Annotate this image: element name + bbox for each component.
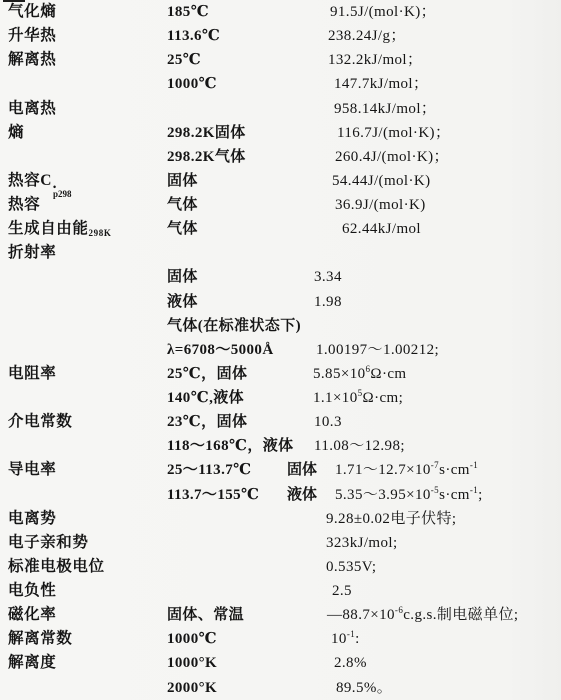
value-text: 5.85×106Ω·cm	[313, 362, 407, 386]
property-label: 导电率	[8, 458, 56, 482]
property-label: 热容	[8, 193, 40, 217]
table-row: 2000°K89.5%。	[0, 676, 561, 700]
value-text: 958.14kJ/mol；	[334, 97, 436, 121]
table-row: 1000℃147.7kJ/mol；	[0, 72, 561, 96]
value-text: 1.00197～1.00212;	[316, 338, 439, 362]
condition-label: 固体	[167, 265, 198, 289]
table-row: 298.2K气体260.4J/(mol·K)；	[0, 145, 561, 169]
value-text: 1.98	[314, 290, 342, 314]
table-row: 标准电极电位0.535V;	[0, 555, 561, 579]
table-row: 电离势9.28±0.02电子伏特;	[0, 507, 561, 531]
property-label: 解离常数	[8, 627, 72, 651]
value-text: 132.2kJ/mol；	[328, 48, 422, 72]
value-text: 9.28±0.02电子伏特;	[326, 507, 457, 531]
condition-label: 液体	[167, 290, 198, 314]
property-label: 气化熵	[8, 0, 56, 24]
property-label: 折射率	[8, 241, 56, 265]
table-row: 固体3.34	[0, 265, 561, 289]
value-text: 62.44kJ/mol	[342, 217, 421, 241]
property-label: 电离势	[8, 507, 56, 531]
property-label: 生成自由能298K	[8, 217, 111, 241]
property-label: 解离热	[8, 48, 56, 72]
condition-label: 气体	[167, 217, 198, 241]
value-text: 10.3	[314, 410, 342, 434]
condition-label: 185℃	[167, 0, 209, 24]
property-label: 解离度	[8, 651, 56, 675]
value-text: 10-1:	[331, 627, 360, 651]
table-row: 介电常数23℃，固体10.3	[0, 410, 561, 434]
value-text: 2.8%	[334, 651, 367, 675]
value-text: 36.9J/(mol·K)	[335, 193, 426, 217]
value-text: 260.4J/(mol·K)；	[335, 145, 449, 169]
table-row: 解离度1000°K2.8%	[0, 651, 561, 675]
condition-label: 固体	[167, 169, 198, 193]
table-row: 气体(在标准状态下)	[0, 314, 561, 338]
value-text: 2.5	[332, 579, 352, 603]
condition-label: 118～168℃，液体	[167, 434, 294, 458]
condition-label: 113.6℃	[167, 24, 220, 48]
properties-table: 气化熵185℃91.5J/(mol·K)；升华热113.6℃238.24J/g；…	[0, 0, 561, 700]
property-label: 熵	[8, 121, 24, 145]
value-text: 3.34	[314, 265, 342, 289]
table-row: 113.7～155℃液体5.35～3.95×10-5s·cm-1;	[0, 483, 561, 507]
property-label: 标准电极电位	[8, 555, 105, 579]
table-row: 解离常数1000℃10-1:	[0, 627, 561, 651]
condition-label: λ=6708～5000Å	[167, 338, 274, 362]
value-text: 323kJ/mol;	[326, 531, 398, 555]
value-text: 0.535V;	[326, 555, 376, 579]
table-row: 液体1.98	[0, 290, 561, 314]
value-text: 1.71～12.7×10-7s·cm-1	[335, 458, 478, 482]
table-row: 118～168℃，液体11.08～12.98;	[0, 434, 561, 458]
condition-label: 1000℃	[167, 72, 217, 96]
value-text: —88.7×10-6c.g.s.制电磁单位;	[327, 603, 518, 627]
condition-label: 25℃	[167, 48, 201, 72]
table-row: 折射率	[0, 241, 561, 265]
condition-label: 23℃，固体	[167, 410, 247, 434]
value-text: 116.7J/(mol·K)；	[337, 121, 450, 145]
table-row: λ=6708～5000Å1.00197～1.00212;	[0, 338, 561, 362]
property-label: 电子亲和势	[8, 531, 89, 555]
table-row: 解离热25℃132.2kJ/mol；	[0, 48, 561, 72]
table-row: 电子亲和势323kJ/mol;	[0, 531, 561, 555]
table-row: 热容气体36.9J/(mol·K)	[0, 193, 561, 217]
value-text: 1.1×105Ω·cm;	[313, 386, 403, 410]
value-text: 54.44J/(mol·K)	[332, 169, 431, 193]
value-text: 89.5%。	[336, 676, 392, 700]
property-label: 介电常数	[8, 410, 72, 434]
value-text: 11.08～12.98;	[314, 434, 405, 458]
condition-label: 固体、常温	[167, 603, 244, 627]
condition-label: 140℃,液体	[167, 386, 244, 410]
table-row: 电负性2.5	[0, 579, 561, 603]
table-row: 气化熵185℃91.5J/(mol·K)；	[0, 0, 561, 24]
condition-label: 298.2K气体	[167, 145, 246, 169]
value-text: 147.7kJ/mol；	[334, 72, 428, 96]
table-row: 熵298.2K固体116.7J/(mol·K)；	[0, 121, 561, 145]
value-text: 5.35～3.95×10-5s·cm-1;	[335, 483, 483, 507]
condition-label: 2000°K	[167, 676, 217, 700]
condition-label: 113.7～155℃	[167, 483, 259, 507]
state-label: 固体	[287, 458, 317, 482]
document-page: 气化熵185℃91.5J/(mol·K)；升华热113.6℃238.24J/g；…	[0, 0, 561, 700]
condition-label: 298.2K固体	[167, 121, 246, 145]
value-text: 238.24J/g；	[328, 24, 406, 48]
condition-label: 25～113.7℃	[167, 458, 252, 482]
table-row: 热容C•p298固体54.44J/(mol·K)	[0, 169, 561, 193]
table-row: 磁化率固体、常温—88.7×10-6c.g.s.制电磁单位;	[0, 603, 561, 627]
table-row: 生成自由能298K气体62.44kJ/mol	[0, 217, 561, 241]
table-row: 电离热958.14kJ/mol；	[0, 97, 561, 121]
table-row: 导电率25～113.7℃固体1.71～12.7×10-7s·cm-1	[0, 458, 561, 482]
table-row: 升华热113.6℃238.24J/g；	[0, 24, 561, 48]
property-label: 电负性	[8, 579, 56, 603]
property-label: 电阻率	[8, 362, 56, 386]
condition-label: 气体	[167, 193, 198, 217]
property-label: 磁化率	[8, 603, 56, 627]
condition-label: 1000℃	[167, 627, 217, 651]
table-row: 140℃,液体1.1×105Ω·cm;	[0, 386, 561, 410]
table-row: 电阻率25℃，固体5.85×106Ω·cm	[0, 362, 561, 386]
condition-label: 25℃，固体	[167, 362, 247, 386]
condition-label: 1000°K	[167, 651, 217, 675]
value-text: 91.5J/(mol·K)；	[330, 0, 436, 24]
state-label: 液体	[287, 483, 317, 507]
property-label: 电离热	[8, 97, 56, 121]
property-label: 升华热	[8, 24, 56, 48]
condition-label: 气体(在标准状态下)	[167, 314, 301, 338]
